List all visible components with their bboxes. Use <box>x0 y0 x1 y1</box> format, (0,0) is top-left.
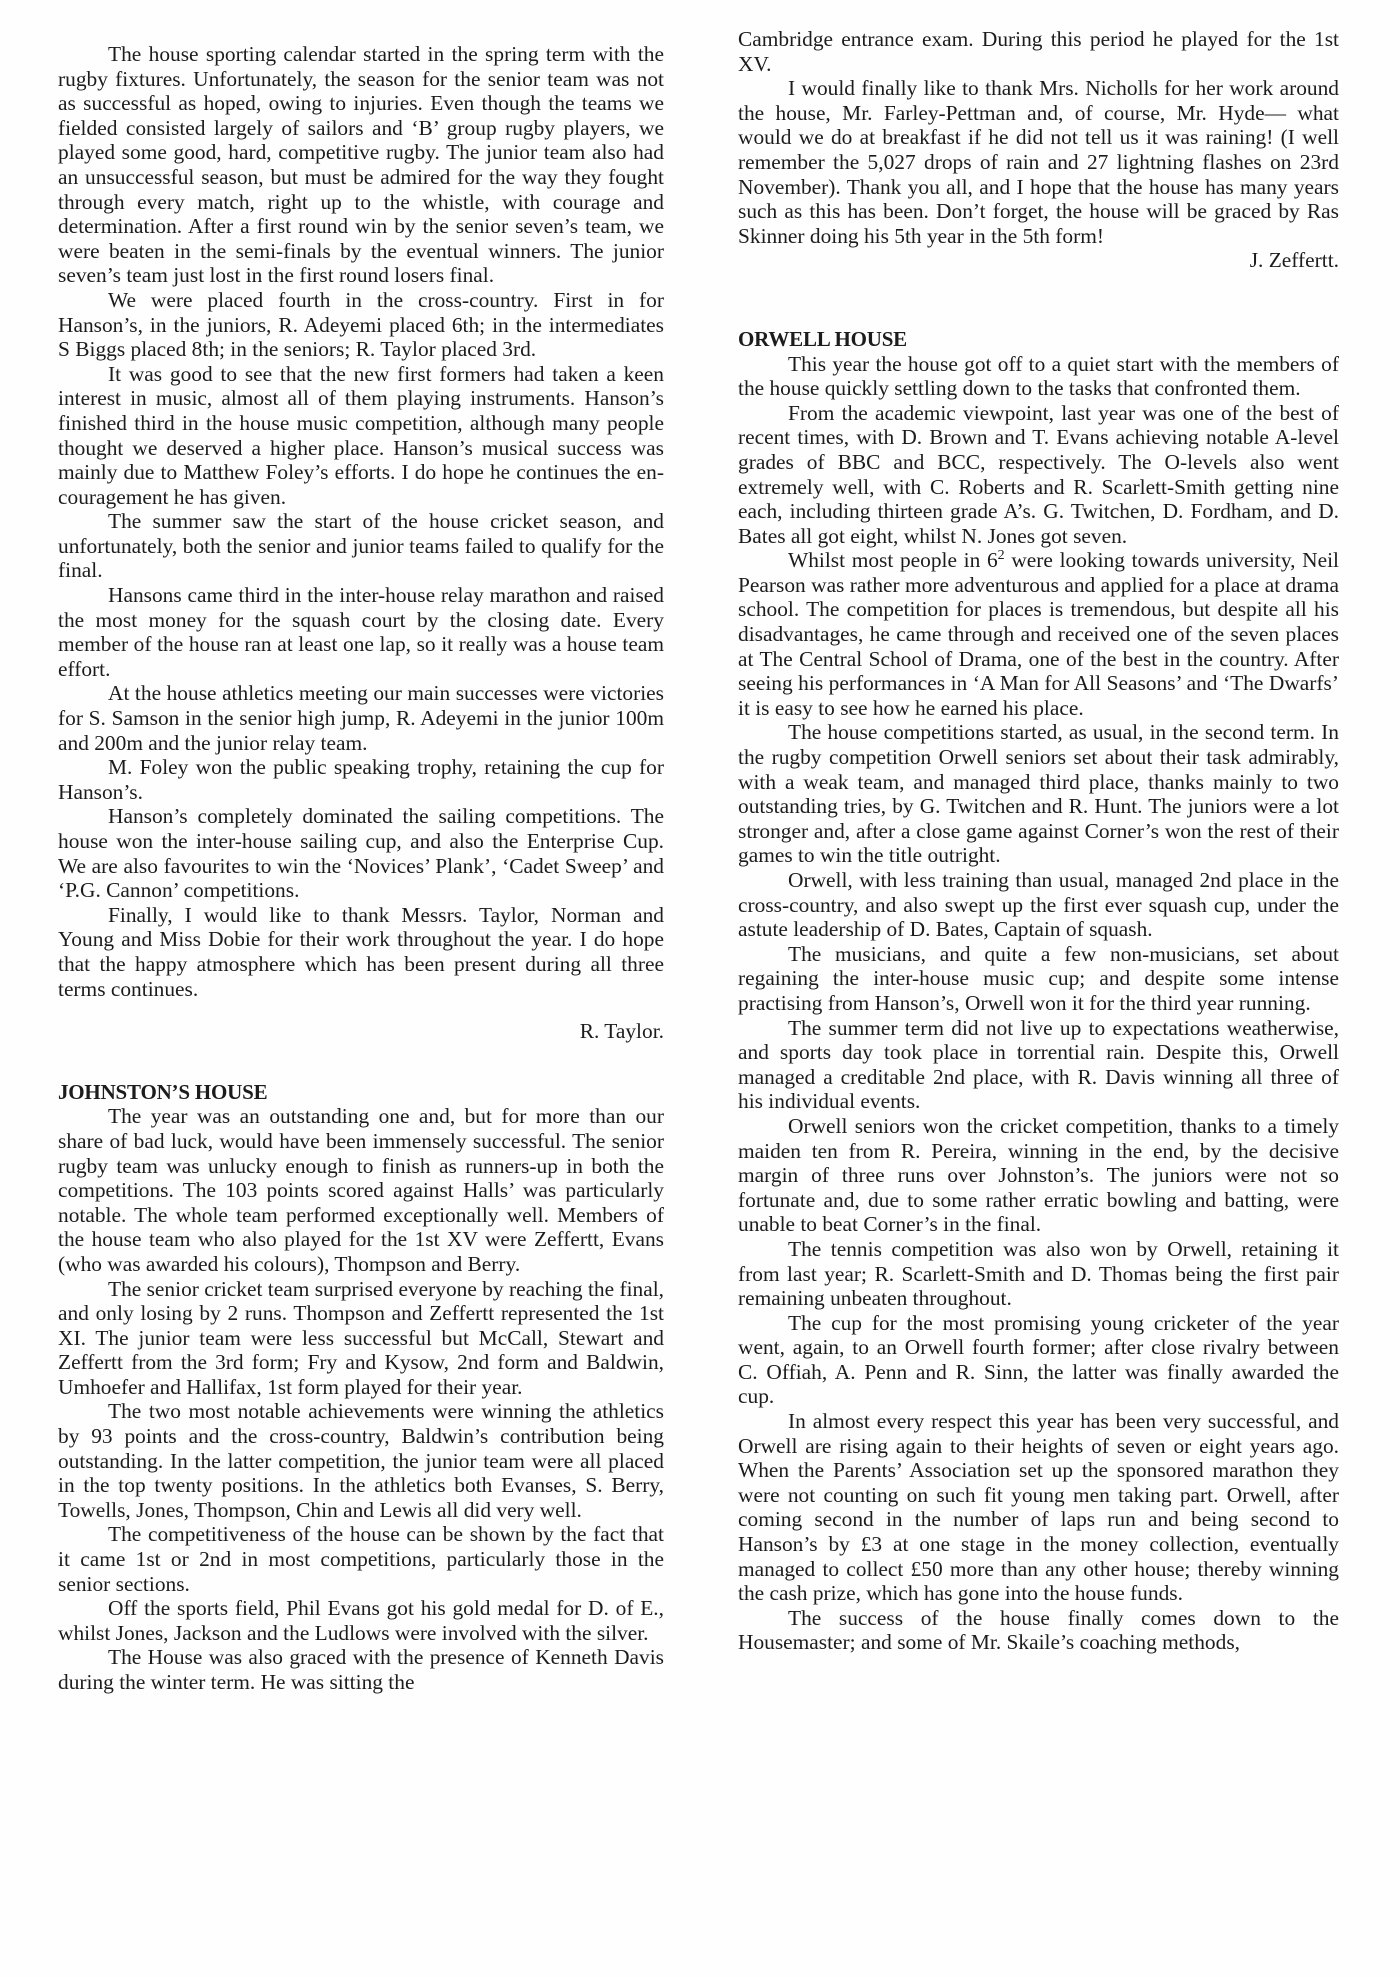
paragraph: It was good to see that the new first fo… <box>58 362 664 510</box>
paragraph: The house sporting calendar started in t… <box>58 42 664 288</box>
paragraph: The musicians, and quite a few non-music… <box>738 942 1339 1016</box>
paragraph: The summer saw the start of the house cr… <box>58 509 664 583</box>
paragraph: Orwell, with less training than usual, m… <box>738 868 1339 942</box>
paragraph: We were placed fourth in the cross-count… <box>58 288 664 362</box>
paragraph: The competitiveness of the house can be … <box>58 1522 664 1596</box>
paragraph: Hansons came third in the inter-house re… <box>58 583 664 681</box>
johnstons-house-report-continued: Cambridge entrance exam. During this per… <box>738 27 1339 273</box>
paragraph: The two most notable achievements were w… <box>58 1399 664 1522</box>
orwell-house-report: ORWELL HOUSE This year the house got off… <box>738 327 1339 1655</box>
text-run: were looking towards university, Neil Pe… <box>738 548 1339 720</box>
paragraph: Cambridge entrance exam. During this per… <box>738 27 1339 76</box>
superscript: 2 <box>998 548 1005 563</box>
section-heading: JOHNSTON’S HOUSE <box>58 1080 664 1105</box>
paragraph: At the house athletics meeting our main … <box>58 681 664 755</box>
johnstons-house-report: JOHNSTON’S HOUSE The year was an outstan… <box>58 1080 664 1695</box>
document-page: The house sporting calendar started in t… <box>0 0 1400 1977</box>
paragraph: The senior cricket team surprised everyo… <box>58 1277 664 1400</box>
text-run: Whilst most people in 6 <box>788 548 998 572</box>
author-signature: R. Taylor. <box>58 1019 664 1044</box>
paragraph: Hanson’s completely dominated the sailin… <box>58 804 664 902</box>
paragraph: M. Foley won the public speaking trophy,… <box>58 755 664 804</box>
paragraph: The success of the house finally comes d… <box>738 1606 1339 1655</box>
paragraph: The tennis competition was also won by O… <box>738 1237 1339 1311</box>
left-column: The house sporting calendar started in t… <box>58 42 664 1695</box>
paragraph: The house competitions started, as usual… <box>738 720 1339 868</box>
paragraph: Finally, I would like to thank Messrs. T… <box>58 903 664 1001</box>
paragraph: The cup for the most promising young cri… <box>738 1311 1339 1409</box>
section-heading: ORWELL HOUSE <box>738 327 1339 352</box>
paragraph: The year was an outstanding one and, but… <box>58 1104 664 1276</box>
right-column: Cambridge entrance exam. During this per… <box>738 27 1339 1655</box>
paragraph: Whilst most people in 62 were looking to… <box>738 548 1339 720</box>
paragraph: The summer term did not live up to expec… <box>738 1016 1339 1114</box>
paragraph: Orwell seniors won the cricket competiti… <box>738 1114 1339 1237</box>
paragraph: I would finally like to thank Mrs. Nicho… <box>738 76 1339 248</box>
paragraph: In almost every respect this year has be… <box>738 1409 1339 1606</box>
paragraph: From the academic viewpoint, last year w… <box>738 401 1339 549</box>
author-signature: J. Zeffertt. <box>738 248 1339 273</box>
paragraph: This year the house got off to a quiet s… <box>738 352 1339 401</box>
hansons-house-report: The house sporting calendar started in t… <box>58 42 664 1044</box>
paragraph: The House was also graced with the prese… <box>58 1645 664 1694</box>
paragraph: Off the sports field, Phil Evans got his… <box>58 1596 664 1645</box>
